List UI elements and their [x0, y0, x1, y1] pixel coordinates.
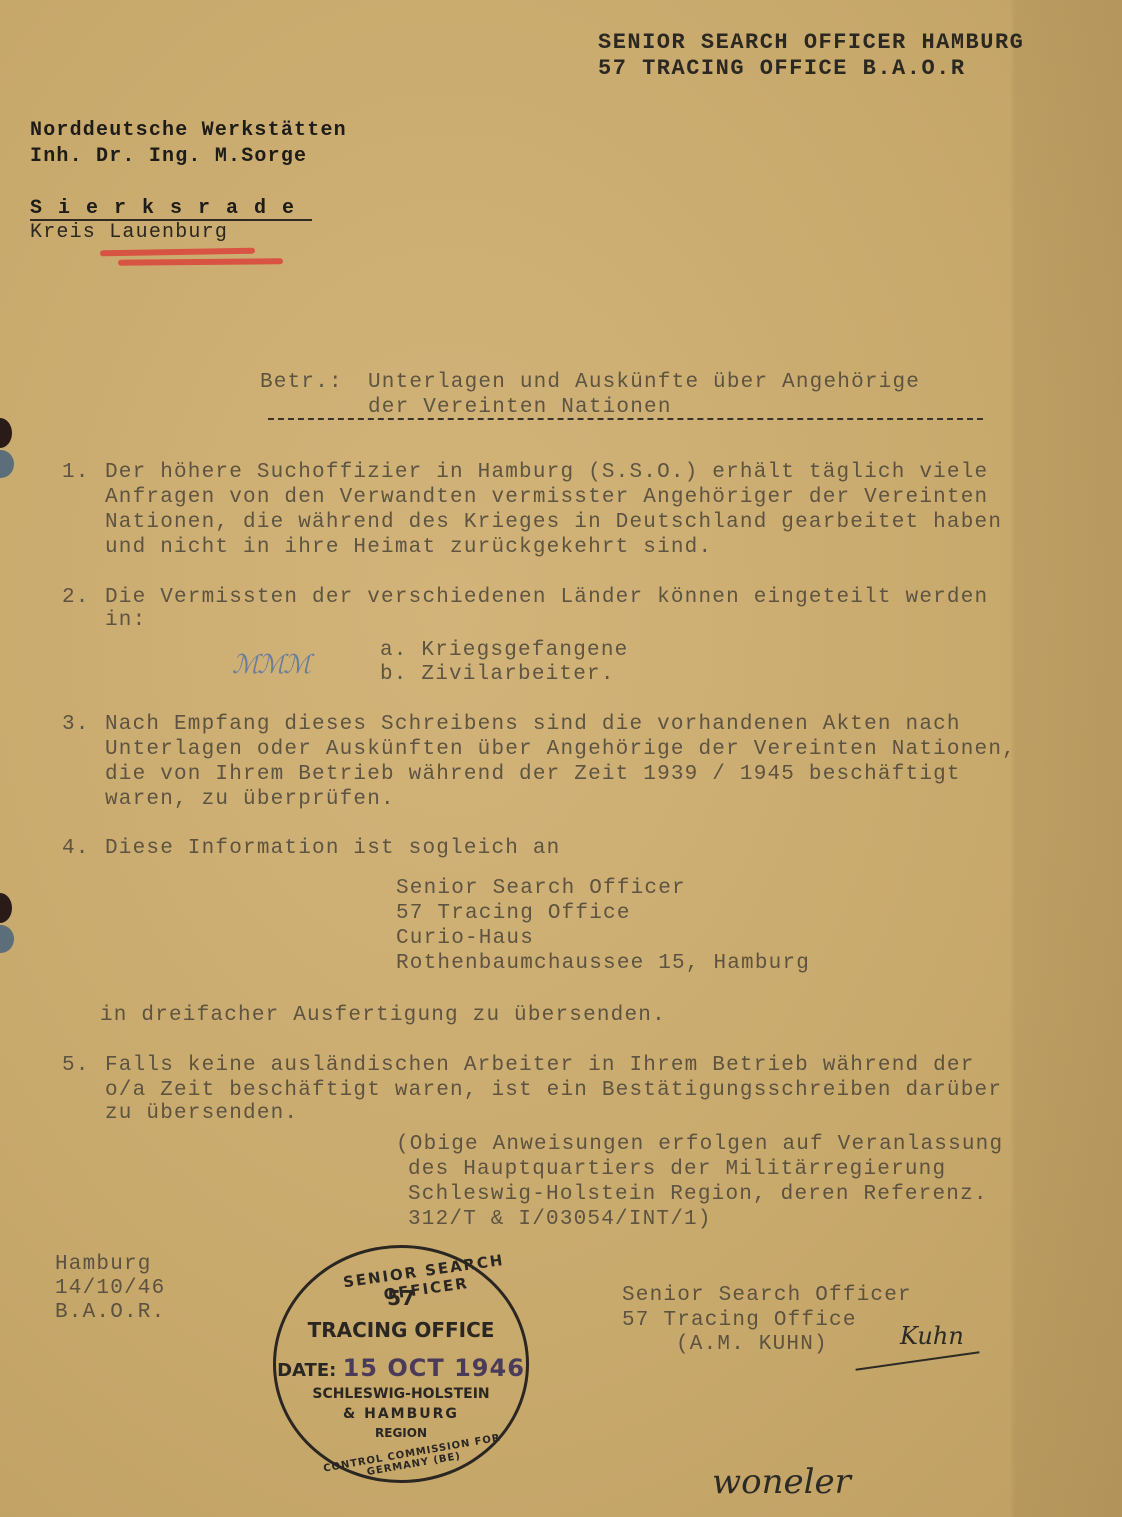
address-line: 57 Tracing Office	[396, 901, 631, 926]
subject-label: Betr.:	[260, 370, 343, 395]
stamp-office: TRACING OFFICE	[276, 1318, 526, 1342]
note-line: (Obige Anweisungen erfolgen auf Veranlas…	[396, 1132, 1003, 1157]
stamp-date-label: DATE:	[277, 1360, 336, 1381]
unit: B.A.O.R.	[55, 1300, 165, 1325]
blue-ink-scribble: ℳℳℳ	[232, 650, 309, 680]
stamp-region-1: SCHLESWIG-HOLSTEIN	[276, 1386, 526, 1402]
paragraph-line: Der höhere Suchoffizier in Hamburg (S.S.…	[105, 460, 988, 485]
sender-line-1: SENIOR SEARCH OFFICER HAMBURG	[598, 30, 1024, 55]
paragraph-line: Die Vermissten der verschiedenen Länder …	[105, 585, 988, 610]
paragraph-line: Nach Empfang dieses Schreibens sind die …	[105, 712, 961, 737]
recipient-city: S i e r k s r a d e	[30, 196, 296, 221]
date: 14/10/46	[55, 1276, 165, 1301]
recipient-district: Kreis Lauenburg	[30, 220, 228, 245]
paragraph-line: zu übersenden.	[105, 1101, 298, 1126]
official-stamp: SENIOR SEARCH OFFICER 57 TRACING OFFICE …	[273, 1245, 529, 1483]
paragraph-line: waren, zu überprüfen.	[105, 787, 395, 812]
list-item: b. Zivilarbeiter.	[380, 662, 615, 687]
address-line: Curio-Haus	[396, 926, 534, 951]
paragraph-line: die von Ihrem Betrieb während der Zeit 1…	[105, 762, 961, 787]
stamp-number: 57	[276, 1286, 526, 1310]
sender-line-2: 57 TRACING OFFICE B.A.O.R	[598, 56, 966, 81]
paragraph-line: Unterlagen oder Auskünften über Angehöri…	[105, 737, 1016, 762]
recipient-owner: Inh. Dr. Ing. M.Sorge	[30, 144, 307, 169]
paragraph-line: Anfragen von den Verwandten vermisster A…	[105, 485, 988, 510]
subject-text-1: Unterlagen und Auskünfte über Angehörige	[368, 370, 920, 395]
paragraph-closing: in dreifacher Ausfertigung zu übersenden…	[100, 1003, 666, 1028]
paragraph-number: 5.	[62, 1053, 90, 1078]
paragraph-line: in:	[105, 608, 146, 633]
paragraph-line: Falls keine ausländischen Arbeiter in Ih…	[105, 1053, 975, 1078]
place: Hamburg	[55, 1252, 152, 1277]
list-item: a. Kriegsgefangene	[380, 638, 628, 663]
handwritten-signature: Kuhn	[900, 1322, 964, 1350]
recipient-company: Norddeutsche Werkstätten	[30, 118, 347, 143]
note-line: des Hauptquartiers der Militärregierung	[408, 1157, 946, 1182]
paragraph-number: 2.	[62, 585, 90, 610]
paragraph-number: 4.	[62, 836, 90, 861]
signature-office: 57 Tracing Office	[622, 1308, 857, 1333]
address-line: Senior Search Officer	[396, 876, 686, 901]
paragraph-number: 3.	[62, 712, 90, 737]
stamp-date-value: 15 OCT 1946	[343, 1354, 525, 1382]
address-line: Rothenbaumchaussee 15, Hamburg	[396, 951, 810, 976]
paragraph-line: und nicht in ihre Heimat zurückgekehrt s…	[105, 535, 712, 560]
paragraph-number: 1.	[62, 460, 90, 485]
note-line: 312/T & I/03054/INT/1)	[408, 1207, 712, 1232]
paragraph-line: Diese Information ist sogleich an	[105, 836, 560, 861]
paragraph-line: Nationen, die während des Krieges in Deu…	[105, 510, 1002, 535]
stamp-region-2: & HAMBURG	[276, 1406, 526, 1422]
signature-title: Senior Search Officer	[622, 1283, 912, 1308]
subject-underline	[268, 418, 983, 420]
subject-text-2: der Vereinten Nationen	[368, 395, 672, 420]
signature-name: (A.M. KUHN)	[676, 1332, 828, 1357]
note-line: Schleswig-Holstein Region, deren Referen…	[408, 1182, 988, 1207]
handwritten-note: woneler	[712, 1462, 851, 1502]
paragraph-line: o/a Zeit beschäftigt waren, ist ein Best…	[105, 1078, 1002, 1103]
